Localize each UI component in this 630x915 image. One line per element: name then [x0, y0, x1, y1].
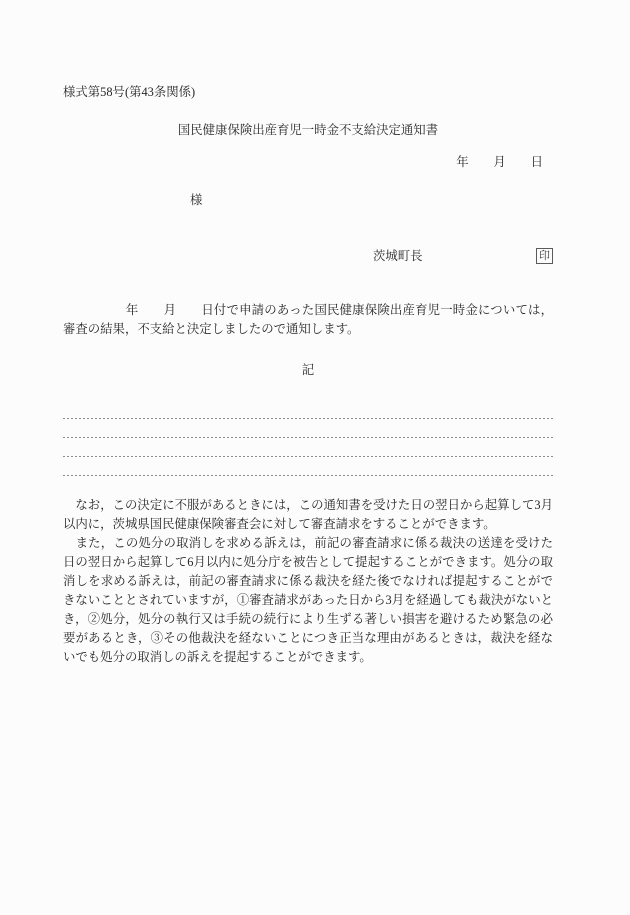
issuer-line: 茨城町長 印 [63, 247, 553, 266]
addressee-line: 様 [63, 191, 553, 210]
record-heading: 記 [63, 361, 553, 380]
issuer-name: 茨城町長 [373, 249, 423, 263]
fill-in-line [63, 400, 553, 419]
document-page: 様式第58号(第43条関係) 国民健康保険出産育児一時金不支給決定通知書 年 月… [0, 0, 630, 915]
fill-in-line [63, 438, 553, 457]
appeal-note-lawsuit: また，この処分の取消しを求める訴えは，前記の審査請求に係る裁決の送達を受けた日の… [63, 534, 553, 667]
reason-fill-in-area [63, 400, 553, 476]
appeal-notes: なお，この決定に不服があるときには，この通知書を受けた日の翌日から起算して3月以… [63, 496, 553, 667]
appeal-note-review-request: なお，この決定に不服があるときには，この通知書を受けた日の翌日から起算して3月以… [63, 496, 553, 534]
form-number: 様式第58号(第43条関係) [63, 83, 553, 102]
document-title: 国民健康保険出産育児一時金不支給決定通知書 [63, 121, 553, 140]
fill-in-line [63, 457, 553, 476]
fill-in-line [63, 419, 553, 438]
notification-body: 年 月 日付で申請のあった国民健康保険出産育児一時金については，審査の結果，不支… [63, 301, 553, 339]
issue-date-line: 年 月 日 [63, 153, 553, 172]
seal-mark: 印 [536, 248, 553, 264]
